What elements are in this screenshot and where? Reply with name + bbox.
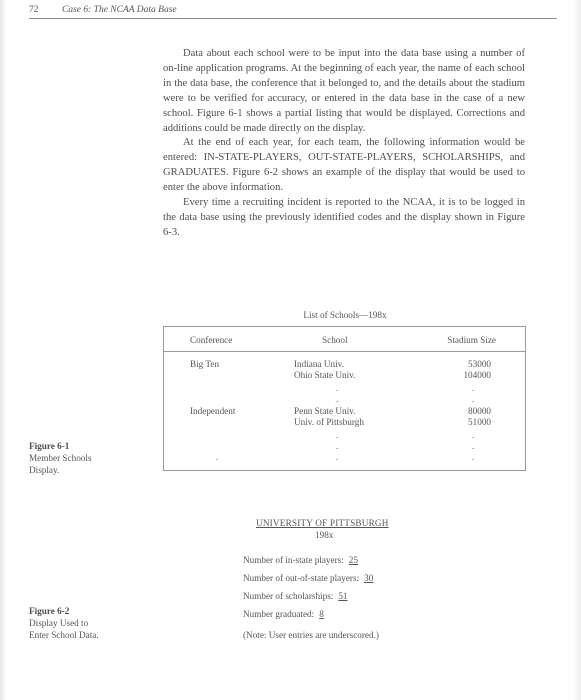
conference-cell: Independent <box>190 406 235 416</box>
body-text: Data about each school were to be input … <box>163 47 525 241</box>
continuation-dot: . <box>336 441 338 451</box>
field-in-state-players: Number of in-state players:25 <box>243 555 358 565</box>
continuation-dot: . <box>336 430 338 440</box>
field-label: Number of in-state players: <box>243 555 344 565</box>
university-name: UNIVERSITY OF PITTSBURGH <box>256 518 389 528</box>
field-label: Number of out-of-state players: <box>243 573 359 583</box>
figure-number: Figure 6-2 <box>29 605 99 617</box>
field-graduated: Number graduated:8 <box>243 609 324 619</box>
field-label: Number graduated: <box>243 609 314 619</box>
field-value-out-of-state-players[interactable]: 30 <box>364 573 373 583</box>
column-header-stadium-size: Stadium Size <box>447 335 496 345</box>
stadium-size-cell: 51000 <box>468 417 491 427</box>
field-scholarships: Number of scholarships:51 <box>243 591 348 601</box>
chapter-title: Case 6: The NCAA Data Base <box>62 5 177 15</box>
caption-text: Member Schools <box>29 452 92 464</box>
page-edge-shadow-left <box>0 0 6 700</box>
school-cell: Ohio State Univ. <box>294 370 355 380</box>
figure-6-1-caption: Figure 6-1 Member Schools Display. <box>29 440 92 477</box>
school-cell: Penn State Univ. <box>294 406 355 416</box>
school-cell: Indiana Univ. <box>294 359 344 369</box>
page-number: 72 <box>29 5 39 15</box>
caption-text: Display Used to <box>29 617 99 629</box>
figure-number: Figure 6-1 <box>29 440 92 452</box>
table-row: Ohio State Univ. 104000 <box>164 370 525 382</box>
caption-text: Enter School Data. <box>29 629 99 641</box>
continuation-dot: . <box>216 452 218 462</box>
continuation-dot: . <box>472 383 474 393</box>
stadium-size-cell: 80000 <box>468 406 491 416</box>
paragraph: Every time a recruiting incident is repo… <box>163 196 525 241</box>
stadium-size-cell: 53000 <box>468 359 491 369</box>
continuation-dot: . <box>472 394 474 404</box>
continuation-dot: . <box>472 441 474 451</box>
display-year: 198x <box>315 530 333 540</box>
figure-6-1-title: List of Schools—198x <box>163 310 527 320</box>
table-header: Conference School Stadium Size <box>164 327 525 352</box>
column-header-school: School <box>322 335 348 345</box>
continuation-dot: . <box>472 452 474 462</box>
paragraph: Data about each school were to be input … <box>163 47 525 136</box>
field-out-of-state-players: Number of out-of-state players:30 <box>243 573 373 583</box>
conference-cell: Big Ten <box>190 359 219 369</box>
running-head: 72 Case 6: The NCAA Data Base <box>29 4 557 19</box>
member-schools-display: Conference School Stadium Size Big Ten I… <box>163 326 526 471</box>
continuation-dot: . <box>472 430 474 440</box>
continuation-dot: . <box>336 383 338 393</box>
field-value-graduated[interactable]: 8 <box>319 609 324 619</box>
figure-6-2-caption: Figure 6-2 Display Used to Enter School … <box>29 605 99 642</box>
field-value-in-state-players[interactable]: 25 <box>349 555 358 565</box>
continuation-dot: . <box>336 452 338 462</box>
school-cell: Univ. of Pittsburgh <box>294 417 364 427</box>
continuation-dot: . <box>336 394 338 404</box>
field-label: Number of scholarships: <box>243 591 333 601</box>
paragraph: At the end of each year, for each team, … <box>163 136 525 196</box>
page-edge-shadow-right <box>573 0 581 700</box>
entry-note: (Note: User entries are underscored.) <box>243 630 379 640</box>
table-row: Univ. of Pittsburgh 51000 <box>164 417 525 429</box>
column-header-conference: Conference <box>190 335 232 345</box>
stadium-size-cell: 104000 <box>463 370 491 380</box>
caption-text: Display. <box>29 464 92 476</box>
field-value-scholarships[interactable]: 51 <box>338 591 347 601</box>
